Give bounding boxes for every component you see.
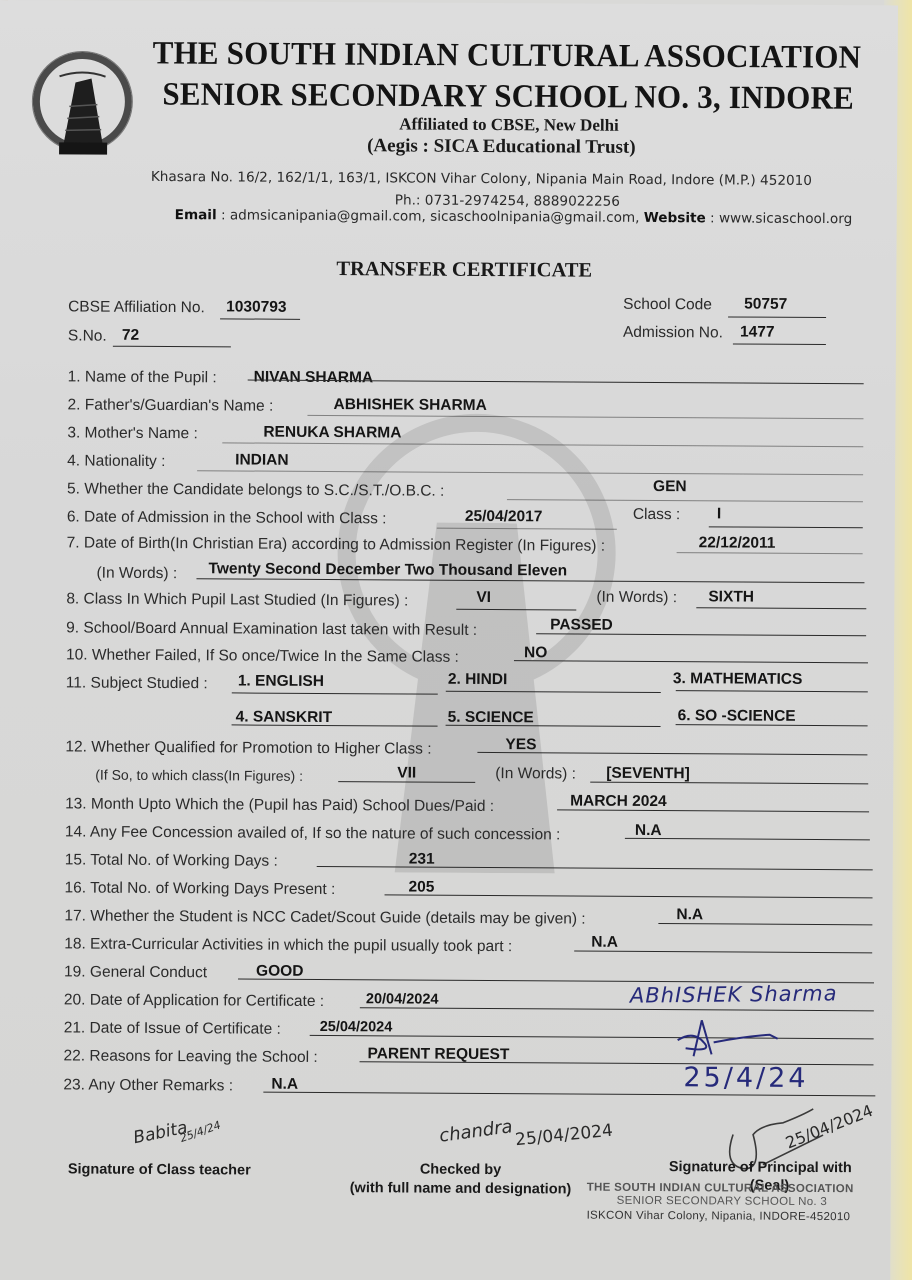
field-17-value: N.A (676, 906, 703, 924)
field-6-label: 6. Date of Admission in the School with … (67, 508, 387, 528)
field-9-value: PASSED (550, 616, 613, 634)
class-teacher-signature-label: Signature of Class teacher (68, 1161, 251, 1178)
field-5-value: GEN (653, 478, 687, 496)
field-12-figures-value: VII (397, 764, 416, 782)
checker-signature: chandra (438, 1116, 514, 1147)
checker-sign-date: 25/04/2024 (514, 1121, 613, 1151)
school-name-line1: THE SOUTH INDIAN CULTURAL ASSOCIATION (153, 34, 862, 76)
aegis-text: (Aegis : SICA Educational Trust) (367, 135, 636, 159)
seal-line-1: THE SOUTH INDIAN CULTURAL ASSOCIATION (587, 1182, 854, 1196)
admission-no-value: 1477 (740, 324, 775, 342)
field-10-label: 10. Whether Failed, If So once/Twice In … (66, 646, 459, 666)
field-21-label: 21. Date of Issue of Certificate : (64, 1019, 281, 1038)
school-address: Khasara No. 16/2, 162/1/1, 163/1, ISKCON… (151, 169, 812, 189)
affiliation-text: Affiliated to CBSE, New Delhi (399, 114, 619, 135)
subject-6: 6. SO -SCIENCE (678, 707, 796, 726)
field-22-label: 22. Reasons for Leaving the School : (63, 1047, 317, 1067)
field-8-value: VI (476, 589, 491, 607)
field-9-label: 9. School/Board Annual Examination last … (66, 619, 477, 640)
cbse-affiliation-label: CBSE Affiliation No. (68, 298, 205, 317)
field-18-label: 18. Extra-Curricular Activities in which… (64, 935, 512, 956)
field-8-words-value: SIXTH (708, 588, 754, 606)
field-4-value: INDIAN (235, 451, 288, 469)
field-13-label: 13. Month Upto Which the (Pupil has Paid… (65, 795, 494, 816)
admission-no-label: Admission No. (623, 324, 723, 343)
field-7-label: 7. Date of Birth(In Christian Era) accor… (67, 534, 606, 555)
field-8-words-label: (In Words) : (596, 589, 677, 607)
website-label: Website (644, 210, 706, 226)
handwritten-parent-name: ABhISHEK Sharma (630, 981, 838, 1007)
email-label: Email (175, 207, 217, 223)
field-1-value: NIVAN SHARMA (254, 369, 374, 388)
subject-1: 1. ENGLISH (238, 672, 324, 691)
field-7-words-label: (In Words) : (96, 565, 177, 583)
field-2-label: 2. Father's/Guardian's Name : (67, 396, 273, 415)
field-6-class-value: I (717, 505, 721, 523)
cbse-affiliation-value: 1030793 (226, 298, 286, 316)
sno-label: S.No. (68, 327, 107, 345)
field-4-label: 4. Nationality : (67, 452, 165, 471)
field-17-label: 17. Whether the Student is NCC Cadet/Sco… (64, 907, 585, 928)
field-11-label: 11. Subject Studied : (66, 674, 208, 693)
field-6-class-label: Class : (633, 506, 680, 524)
document-title: TRANSFER CERTIFICATE (336, 258, 592, 283)
parent-signature-icon (674, 1016, 794, 1059)
school-name-line2: SENIOR SECONDARY SCHOOL NO. 3, INDORE (162, 75, 854, 117)
transfer-certificate-document: THE SOUTH INDIAN CULTURAL ASSOCIATION SE… (0, 0, 898, 1280)
school-code-label: School Code (623, 296, 712, 315)
field-7-value: 22/12/2011 (699, 534, 776, 552)
field-6-value: 25/04/2017 (465, 508, 543, 526)
field-15-label: 15. Total No. of Working Days : (65, 851, 278, 870)
field-5-label: 5. Whether the Candidate belongs to S.C.… (67, 480, 444, 500)
field-12-label: 12. Whether Qualified for Promotion to H… (65, 738, 431, 758)
field-20-label: 20. Date of Application for Certificate … (64, 991, 324, 1011)
field-14-label: 14. Any Fee Concession availed of, If so… (65, 823, 561, 844)
field-7-words-value: Twenty Second December Two Thousand Elev… (208, 560, 567, 580)
field-12-words-value: [SEVENTH] (606, 765, 690, 784)
field-12-words-label: (In Words) : (495, 765, 576, 783)
website-value: : www.sicaschool.org (706, 210, 853, 227)
handwritten-parent-date: 25/4/24 (683, 1062, 808, 1094)
field-2-value: ABHISHEK SHARMA (333, 396, 486, 415)
principal-signature-label: Signature of Principal with (669, 1159, 852, 1176)
field-3-label: 3. Mother's Name : (67, 424, 198, 443)
checked-by-label: Checked by (420, 1162, 502, 1178)
sno-value: 72 (122, 327, 139, 345)
field-8-label: 8. Class In Which Pupil Last Studied (In… (66, 590, 408, 610)
field-13-value: MARCH 2024 (570, 792, 667, 811)
field-21-value: 25/04/2024 (320, 1019, 393, 1035)
field-23-label: 23. Any Other Remarks : (63, 1076, 233, 1095)
checked-by-sublabel: (with full name and designation) (350, 1180, 572, 1197)
field-3-value: RENUKA SHARMA (263, 424, 401, 443)
field-16-label: 16. Total No. of Working Days Present : (65, 879, 336, 899)
field-18-value: N.A (591, 934, 618, 952)
subject-2: 2. HINDI (448, 671, 508, 689)
subject-3: 3. MATHEMATICS (673, 670, 803, 689)
field-20-value: 20/04/2024 (366, 991, 439, 1007)
email-value: : admsicanipania@gmail.com, sicaschoolni… (217, 207, 644, 226)
school-contact: Email : admsicanipania@gmail.com, sicasc… (175, 207, 853, 227)
field-12-figures-label: (If So, to which class(In Figures) : (95, 767, 303, 784)
school-logo-icon (29, 46, 136, 157)
field-1-label: 1. Name of the Pupil : (68, 368, 217, 387)
seal-line-2: SENIOR SECONDARY SCHOOL No. 3 (617, 1195, 828, 1208)
school-phone: Ph.: 0731-2974254, 8889022256 (395, 192, 620, 209)
seal-line-3: ISKCON Vihar Colony, Nipania, INDORE-452… (587, 1210, 851, 1224)
school-code-value: 50757 (744, 296, 787, 314)
field-19-label: 19. General Conduct (64, 963, 207, 982)
